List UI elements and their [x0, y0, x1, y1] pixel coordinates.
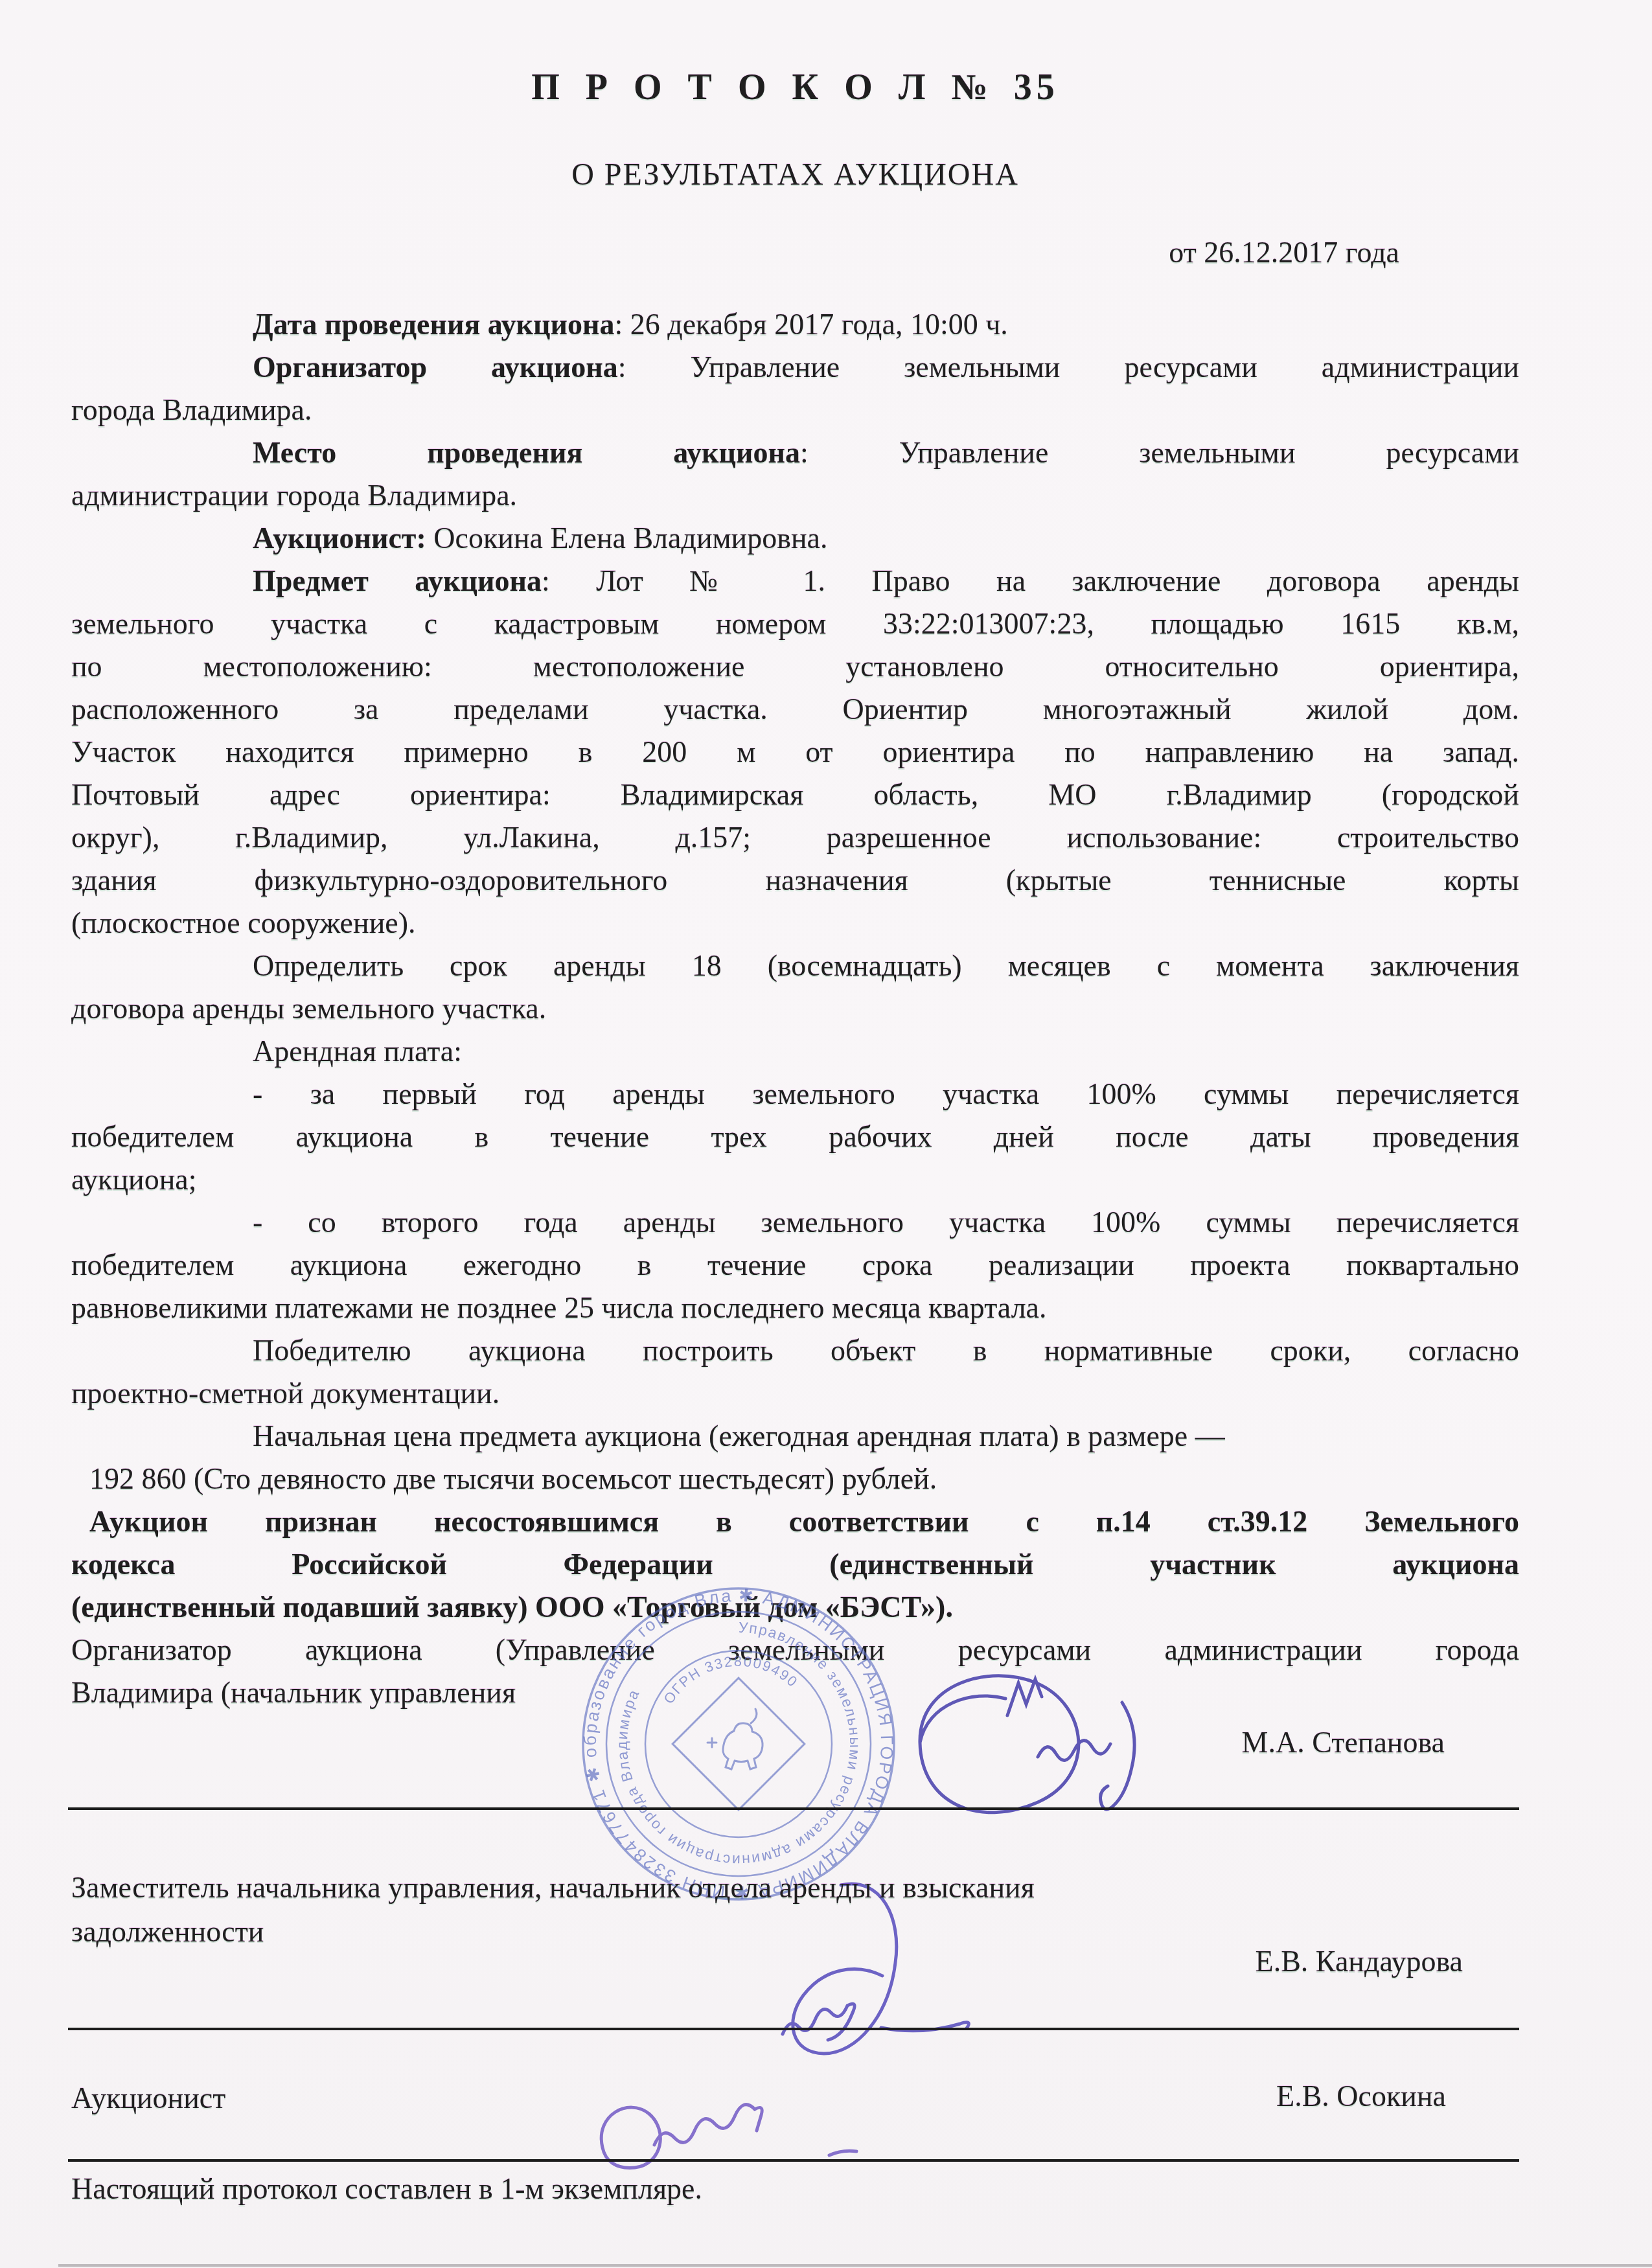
- scan-edge-artifact: [58, 2264, 1652, 2267]
- signatory-name-stepanova: М.А. Степанова: [1242, 1724, 1445, 1761]
- document-subtitle: О РЕЗУЛЬТАТАХ АУКЦИОНА: [71, 155, 1519, 194]
- document-date: от 26.12.2017 года: [71, 233, 1519, 272]
- text-line: Определить срок аренды 18 (восемнадцать)…: [71, 945, 1519, 987]
- paragraph: Дата проведения аукциона: 26 декабря 201…: [71, 303, 1519, 346]
- paragraph: 192 860 (Сто девяносто две тысячи восемь…: [71, 1458, 1519, 1500]
- text-line: 192 860 (Сто девяносто две тысячи восемь…: [71, 1458, 1519, 1500]
- text-line: Арендная плата:: [71, 1030, 1519, 1073]
- paragraph: Определить срок аренды 18 (восемнадцать)…: [71, 945, 1519, 1030]
- stamp-lion-figure: [723, 1723, 763, 1769]
- document-title: П Р О Т О К О Л № 35: [71, 65, 1519, 110]
- text-line: Почтовый адрес ориентира: Владимирская о…: [71, 773, 1519, 816]
- paragraph: Предмет аукциона: Лот № 1. Право на закл…: [71, 560, 1519, 945]
- scanned-protocol-page: П Р О Т О К О Л № 35 О РЕЗУЛЬТАТАХ АУКЦИ…: [0, 0, 1652, 2268]
- text-line: проектно-сметной документации.: [71, 1372, 1519, 1415]
- text-line: Место проведения аукциона: Управление зе…: [71, 431, 1519, 474]
- text-line: Предмет аукциона: Лот № 1. Право на закл…: [71, 560, 1519, 602]
- paragraph: Победителю аукциона построить объект в н…: [71, 1329, 1519, 1415]
- document-content: П Р О Т О К О Л № 35 О РЕЗУЛЬТАТАХ АУКЦИ…: [71, 0, 1519, 1714]
- document-body: Дата проведения аукциона: 26 декабря 201…: [71, 303, 1519, 1714]
- signatory-name-osokina: Е.В. Осокина: [1276, 2078, 1446, 2114]
- stamp-cross-icon: [707, 1738, 717, 1747]
- paragraph: Аукционист: Осокина Елена Владимировна.: [71, 517, 1519, 560]
- text-line: Начальная цена предмета аукциона (ежегод…: [71, 1415, 1519, 1458]
- stamp-coat-diamond: [672, 1678, 805, 1810]
- footer-note: Настоящий протокол составлен в 1-м экзем…: [71, 2171, 702, 2206]
- text-line: победителем аукциона в течение трех рабо…: [71, 1116, 1519, 1158]
- text-line: округ), г.Владимир, ул.Лакина, д.157; ра…: [71, 816, 1519, 859]
- text-line: Аукционист: Осокина Елена Владимировна.: [71, 517, 1519, 560]
- stamp-lion-tail: [751, 1709, 757, 1723]
- signature-line: [68, 2028, 1519, 2030]
- text-line: договора аренды земельного участка.: [71, 987, 1519, 1030]
- text-line: Победителю аукциона построить объект в н…: [71, 1329, 1519, 1372]
- text-line: Аукцион признан несостоявшимся в соответ…: [71, 1500, 1519, 1543]
- paragraph: - за первый год аренды земельного участк…: [71, 1073, 1519, 1201]
- signatory-role-auctioneer: Аукционист: [71, 2076, 225, 2120]
- text-line: - за первый год аренды земельного участк…: [71, 1073, 1519, 1116]
- signature-osokina: [557, 2076, 894, 2186]
- paragraph: Организатор аукциона: Управление земельн…: [71, 346, 1519, 431]
- text-line: Организатор аукциона: Управление земельн…: [71, 346, 1519, 389]
- text-line: по местоположению: местоположение устано…: [71, 645, 1519, 688]
- paragraph: Начальная цена предмета аукциона (ежегод…: [71, 1415, 1519, 1458]
- text-line: победителем аукциона ежегодно в течение …: [71, 1244, 1519, 1287]
- signature-line: [68, 2159, 1519, 2162]
- text-line: земельного участка с кадастровым номером…: [71, 602, 1519, 645]
- paragraph: Место проведения аукциона: Управление зе…: [71, 431, 1519, 517]
- text-line: администрации города Владимира.: [71, 474, 1519, 517]
- signatory-name-kandaurova: Е.В. Кандаурова: [1256, 1943, 1463, 1980]
- text-line: города Владимира.: [71, 389, 1519, 431]
- signature-stepanova: [823, 1607, 1186, 1879]
- text-line: Участок находится примерно в 200 м от ор…: [71, 731, 1519, 773]
- text-line: равновеликими платежами не позднее 25 чи…: [71, 1287, 1519, 1329]
- text-line: Дата проведения аукциона: 26 декабря 201…: [71, 303, 1519, 346]
- text-line: - со второго года аренды земельного учас…: [71, 1201, 1519, 1244]
- text-line: расположенного за пределами участка. Ори…: [71, 688, 1519, 731]
- paragraph: Арендная плата:: [71, 1030, 1519, 1073]
- paragraph: - со второго года аренды земельного учас…: [71, 1201, 1519, 1329]
- signatory-role-kandaurova: Заместитель начальника управления, начал…: [71, 1866, 1224, 1954]
- signatory-role-line: Заместитель начальника управления, начал…: [71, 1866, 1224, 1910]
- signatory-role-line: задолженности: [71, 1910, 1224, 1954]
- signature-line: [68, 1807, 1519, 1810]
- text-line: (плоскостное сооружение).: [71, 902, 1519, 945]
- text-line: аукциона;: [71, 1158, 1519, 1201]
- text-line: здания физкультурно-оздоровительного наз…: [71, 859, 1519, 902]
